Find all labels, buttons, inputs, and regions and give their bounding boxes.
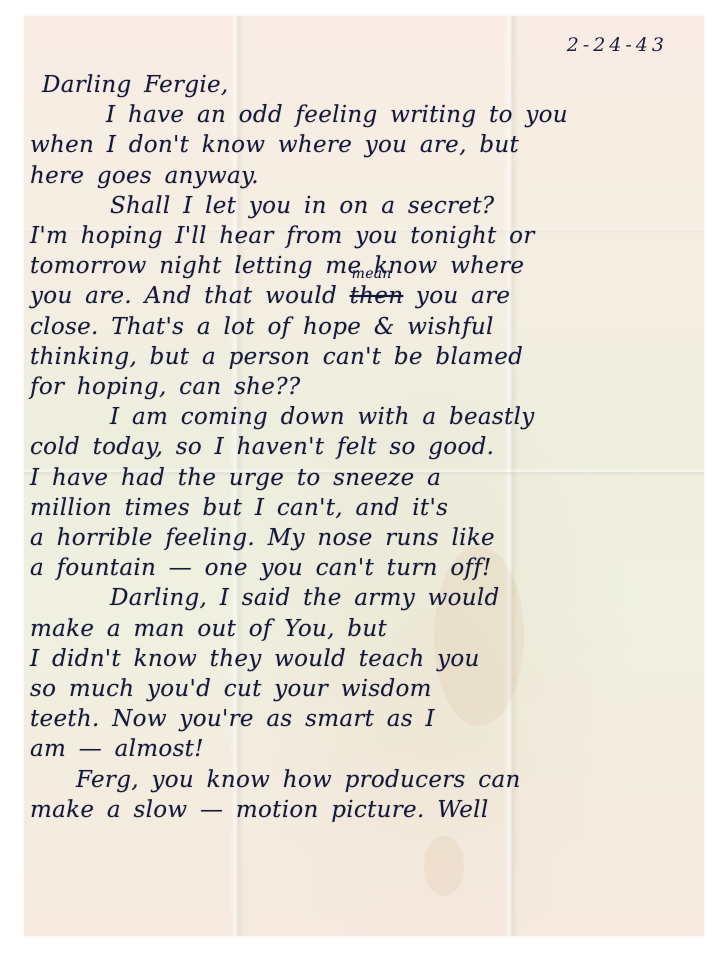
letter-line: for hoping, can she?? [30,372,702,402]
letter-line: thinking, but a person can't be blamed [30,342,702,372]
letter-line-with-correction: you are. And that would thenmean you are [30,281,702,311]
line-text: you are [403,283,510,309]
struck-word: then [350,283,404,309]
letter-line: a horrible feeling. My nose runs like [30,523,702,553]
letter-line: make a man out of You, but [30,614,702,644]
greeting: Darling Fergie, [30,70,702,100]
letter-body: Darling Fergie, I have an odd feeling wr… [30,70,702,825]
letter-line: I am coming down with a beastly [30,402,702,432]
letter-line: a fountain — one you can't turn off! [30,553,702,583]
letter-line: close. That's a lot of hope & wishful [30,312,702,342]
letter-line: teeth. Now you're as smart as I [30,704,702,734]
letter-line: I didn't know they would teach you [30,644,702,674]
letter-line: I have had the urge to sneeze a [30,463,702,493]
letter-line: Ferg, you know how producers can [30,765,702,795]
letter-line: when I don't know where you are, but [30,130,702,160]
letter-page: 2-24-43 Darling Fergie, I have an odd fe… [24,16,704,936]
line-text: you are. And that would [30,283,350,309]
letter-line: million times but I can't, and it's [30,493,702,523]
letter-line: Darling, I said the army would [30,583,702,613]
paper-stain [424,836,464,896]
letter-line: here goes anyway. [30,161,702,191]
letter-line: cold today, so I haven't felt so good. [30,432,702,462]
correction: thenmean [350,281,404,311]
letter-line: I'm hoping I'll hear from you tonight or [30,221,702,251]
letter-line: I have an odd feeling writing to you [30,100,702,130]
letter-date: 2-24-43 [567,34,668,56]
letter-line: so much you'd cut your wisdom [30,674,702,704]
letter-line: make a slow — motion picture. Well [30,795,702,825]
letter-line: Shall I let you in on a secret? [30,191,702,221]
letter-line: am — almost! [30,734,702,764]
inserted-word: mean [352,267,392,281]
